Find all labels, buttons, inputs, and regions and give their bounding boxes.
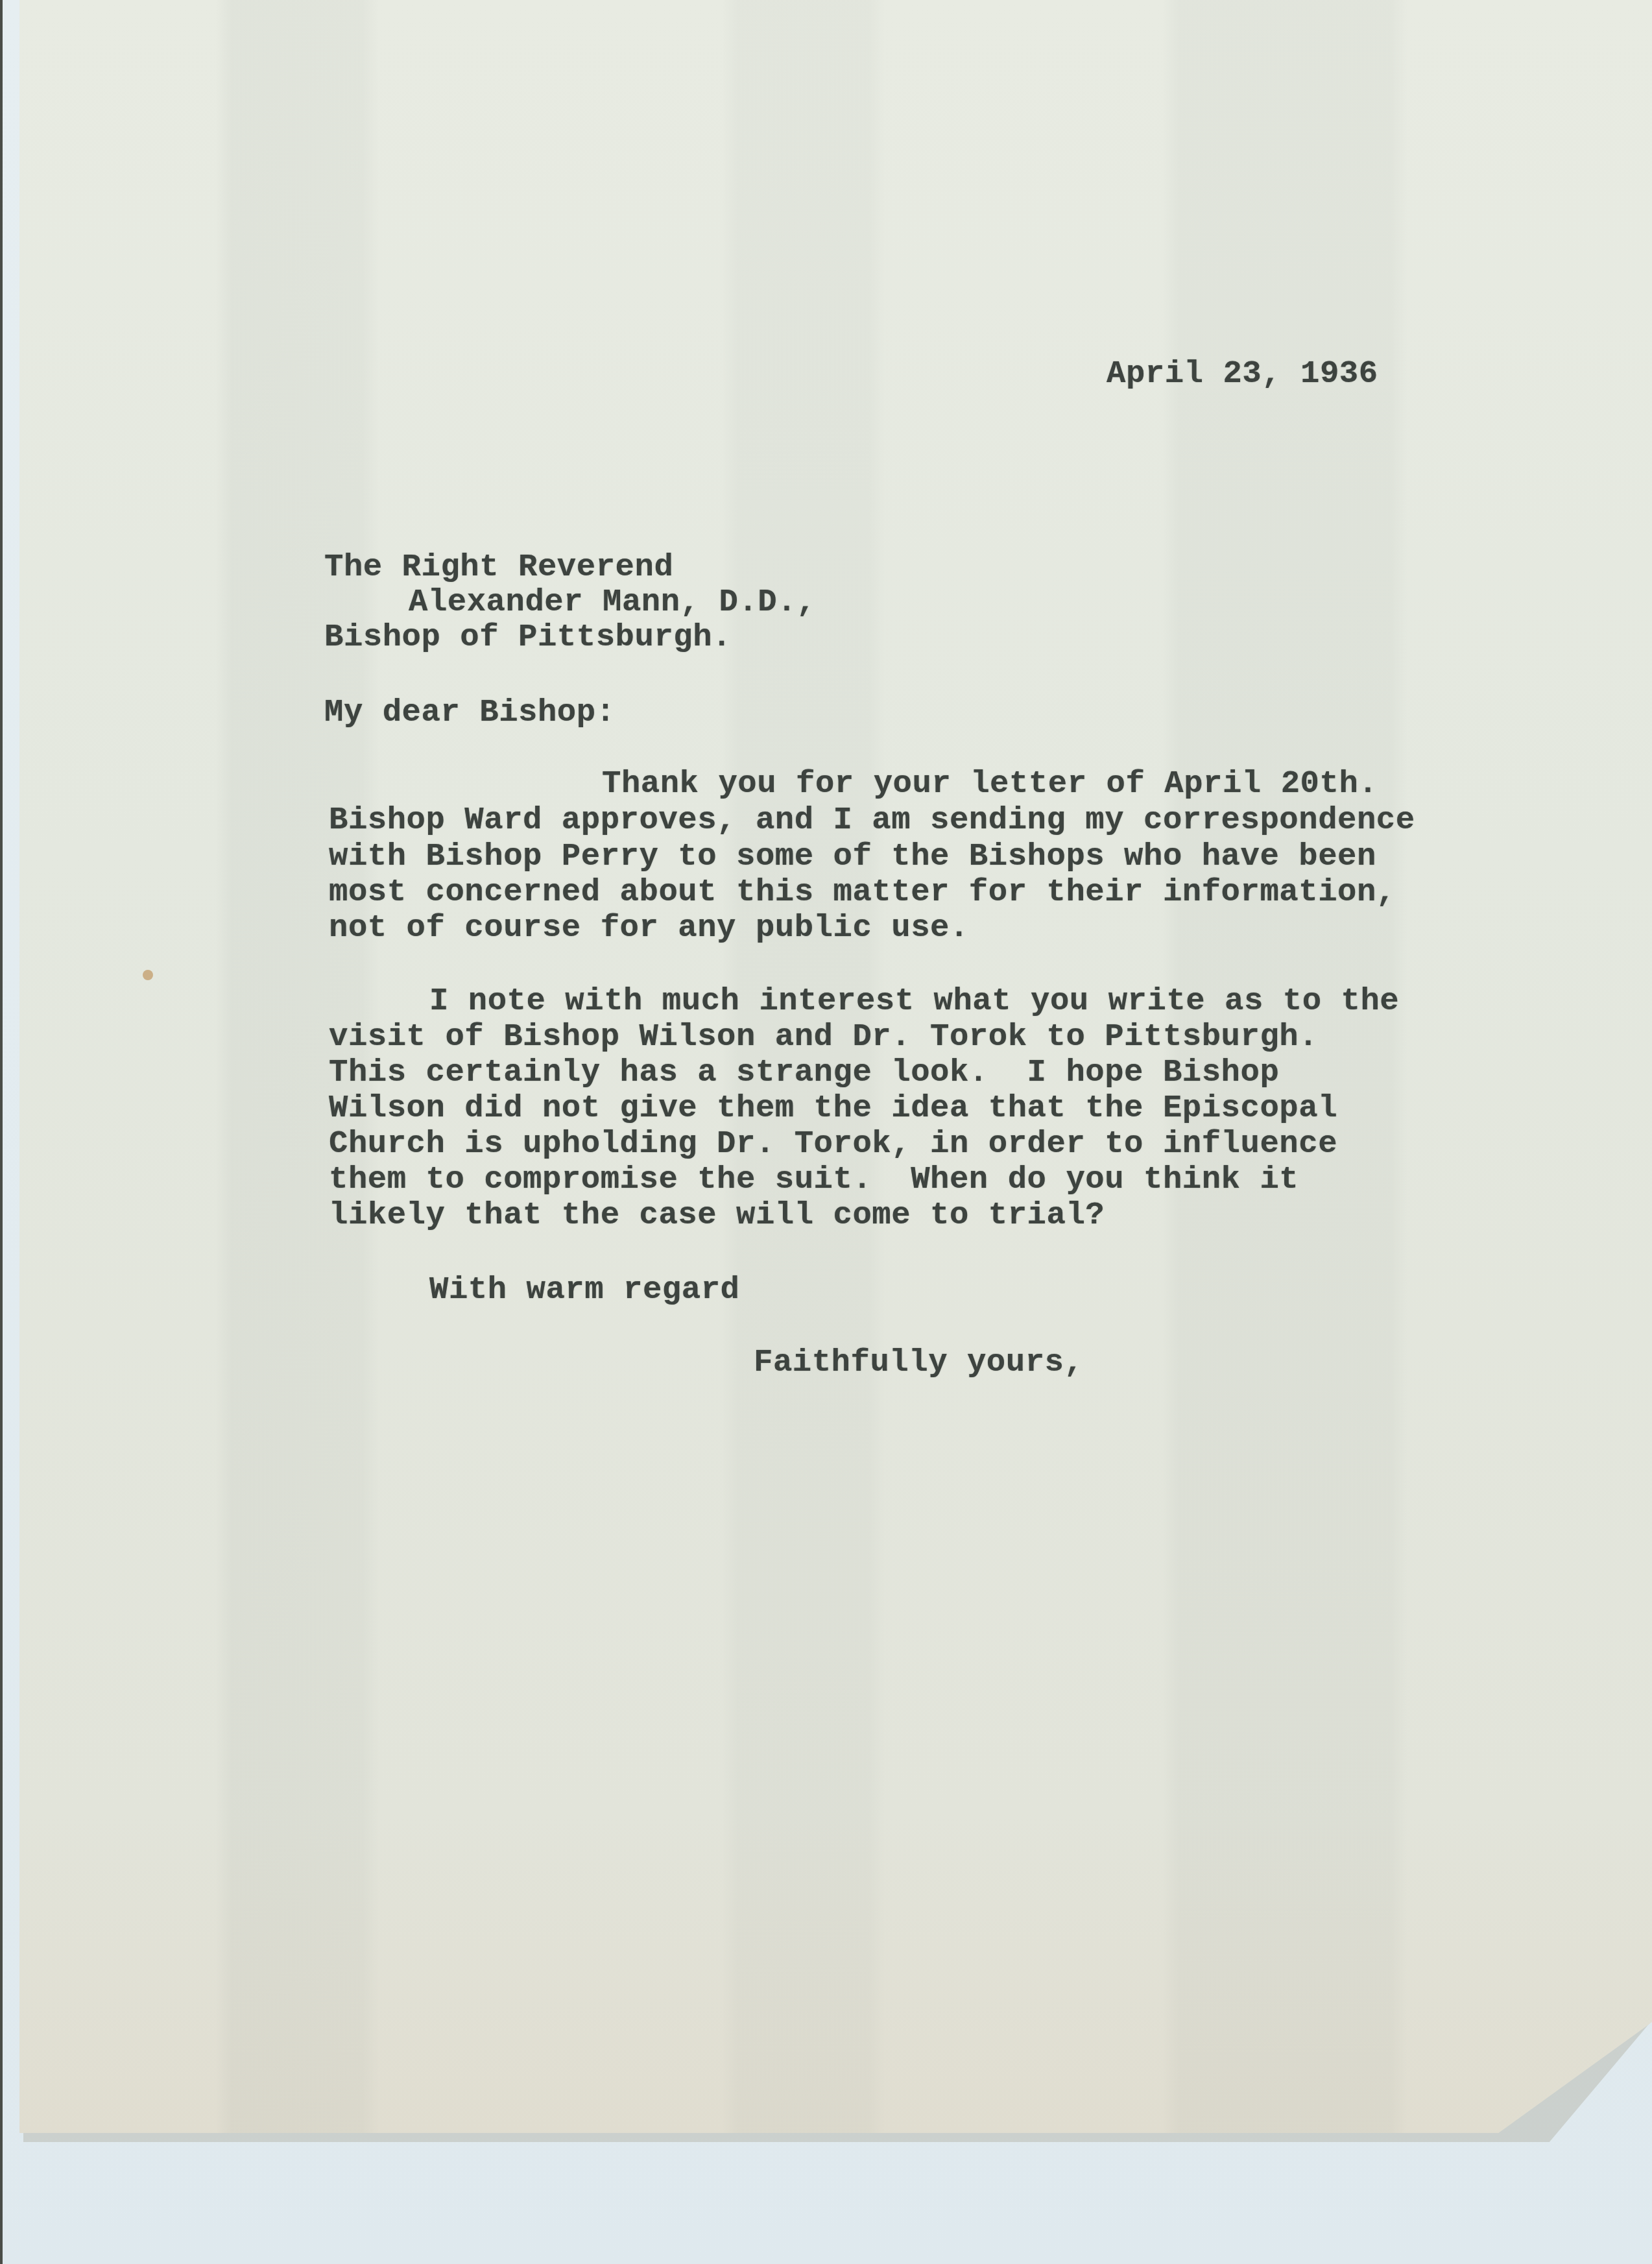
- paragraph-line: visit of Bishop Wilson and Dr. Torok to …: [329, 1018, 1318, 1055]
- paragraph-line: Wilson did not give them the idea that t…: [329, 1090, 1337, 1126]
- paper-stain: [143, 970, 153, 980]
- letter-page: April 23, 1936 The Right Reverend Alexan…: [19, 0, 1652, 2133]
- closing: Faithfully yours,: [754, 1344, 1083, 1380]
- paragraph-line: likely that the case will come to trial?: [329, 1197, 1105, 1233]
- paragraph-line: Bishop Ward approves, and I am sending m…: [329, 802, 1415, 838]
- paragraph-line: with Bishop Perry to some of the Bishops…: [329, 838, 1376, 874]
- letter-date: April 23, 1936: [1107, 355, 1378, 392]
- recipient-line-3: Bishop of Pittsburgh.: [324, 619, 732, 655]
- paragraph-line: Thank you for your letter of April 20th.: [602, 765, 1378, 802]
- salutation: My dear Bishop:: [324, 694, 616, 730]
- paragraph-line: them to compromise the suit. When do you…: [329, 1161, 1299, 1198]
- recipient-line-1: The Right Reverend: [324, 549, 673, 585]
- paragraph-line: I note with much interest what you write…: [429, 983, 1399, 1019]
- paragraph-line: This certainly has a strange look. I hop…: [329, 1054, 1279, 1090]
- paragraph-line: Church is upholding Dr. Torok, in order …: [329, 1126, 1337, 1162]
- paragraph-line: most concerned about this matter for the…: [329, 874, 1396, 910]
- paragraph-line: not of course for any public use.: [329, 909, 969, 946]
- recipient-line-2: Alexander Mann, D.D.,: [409, 584, 816, 620]
- regards-line: With warm regard: [429, 1271, 739, 1308]
